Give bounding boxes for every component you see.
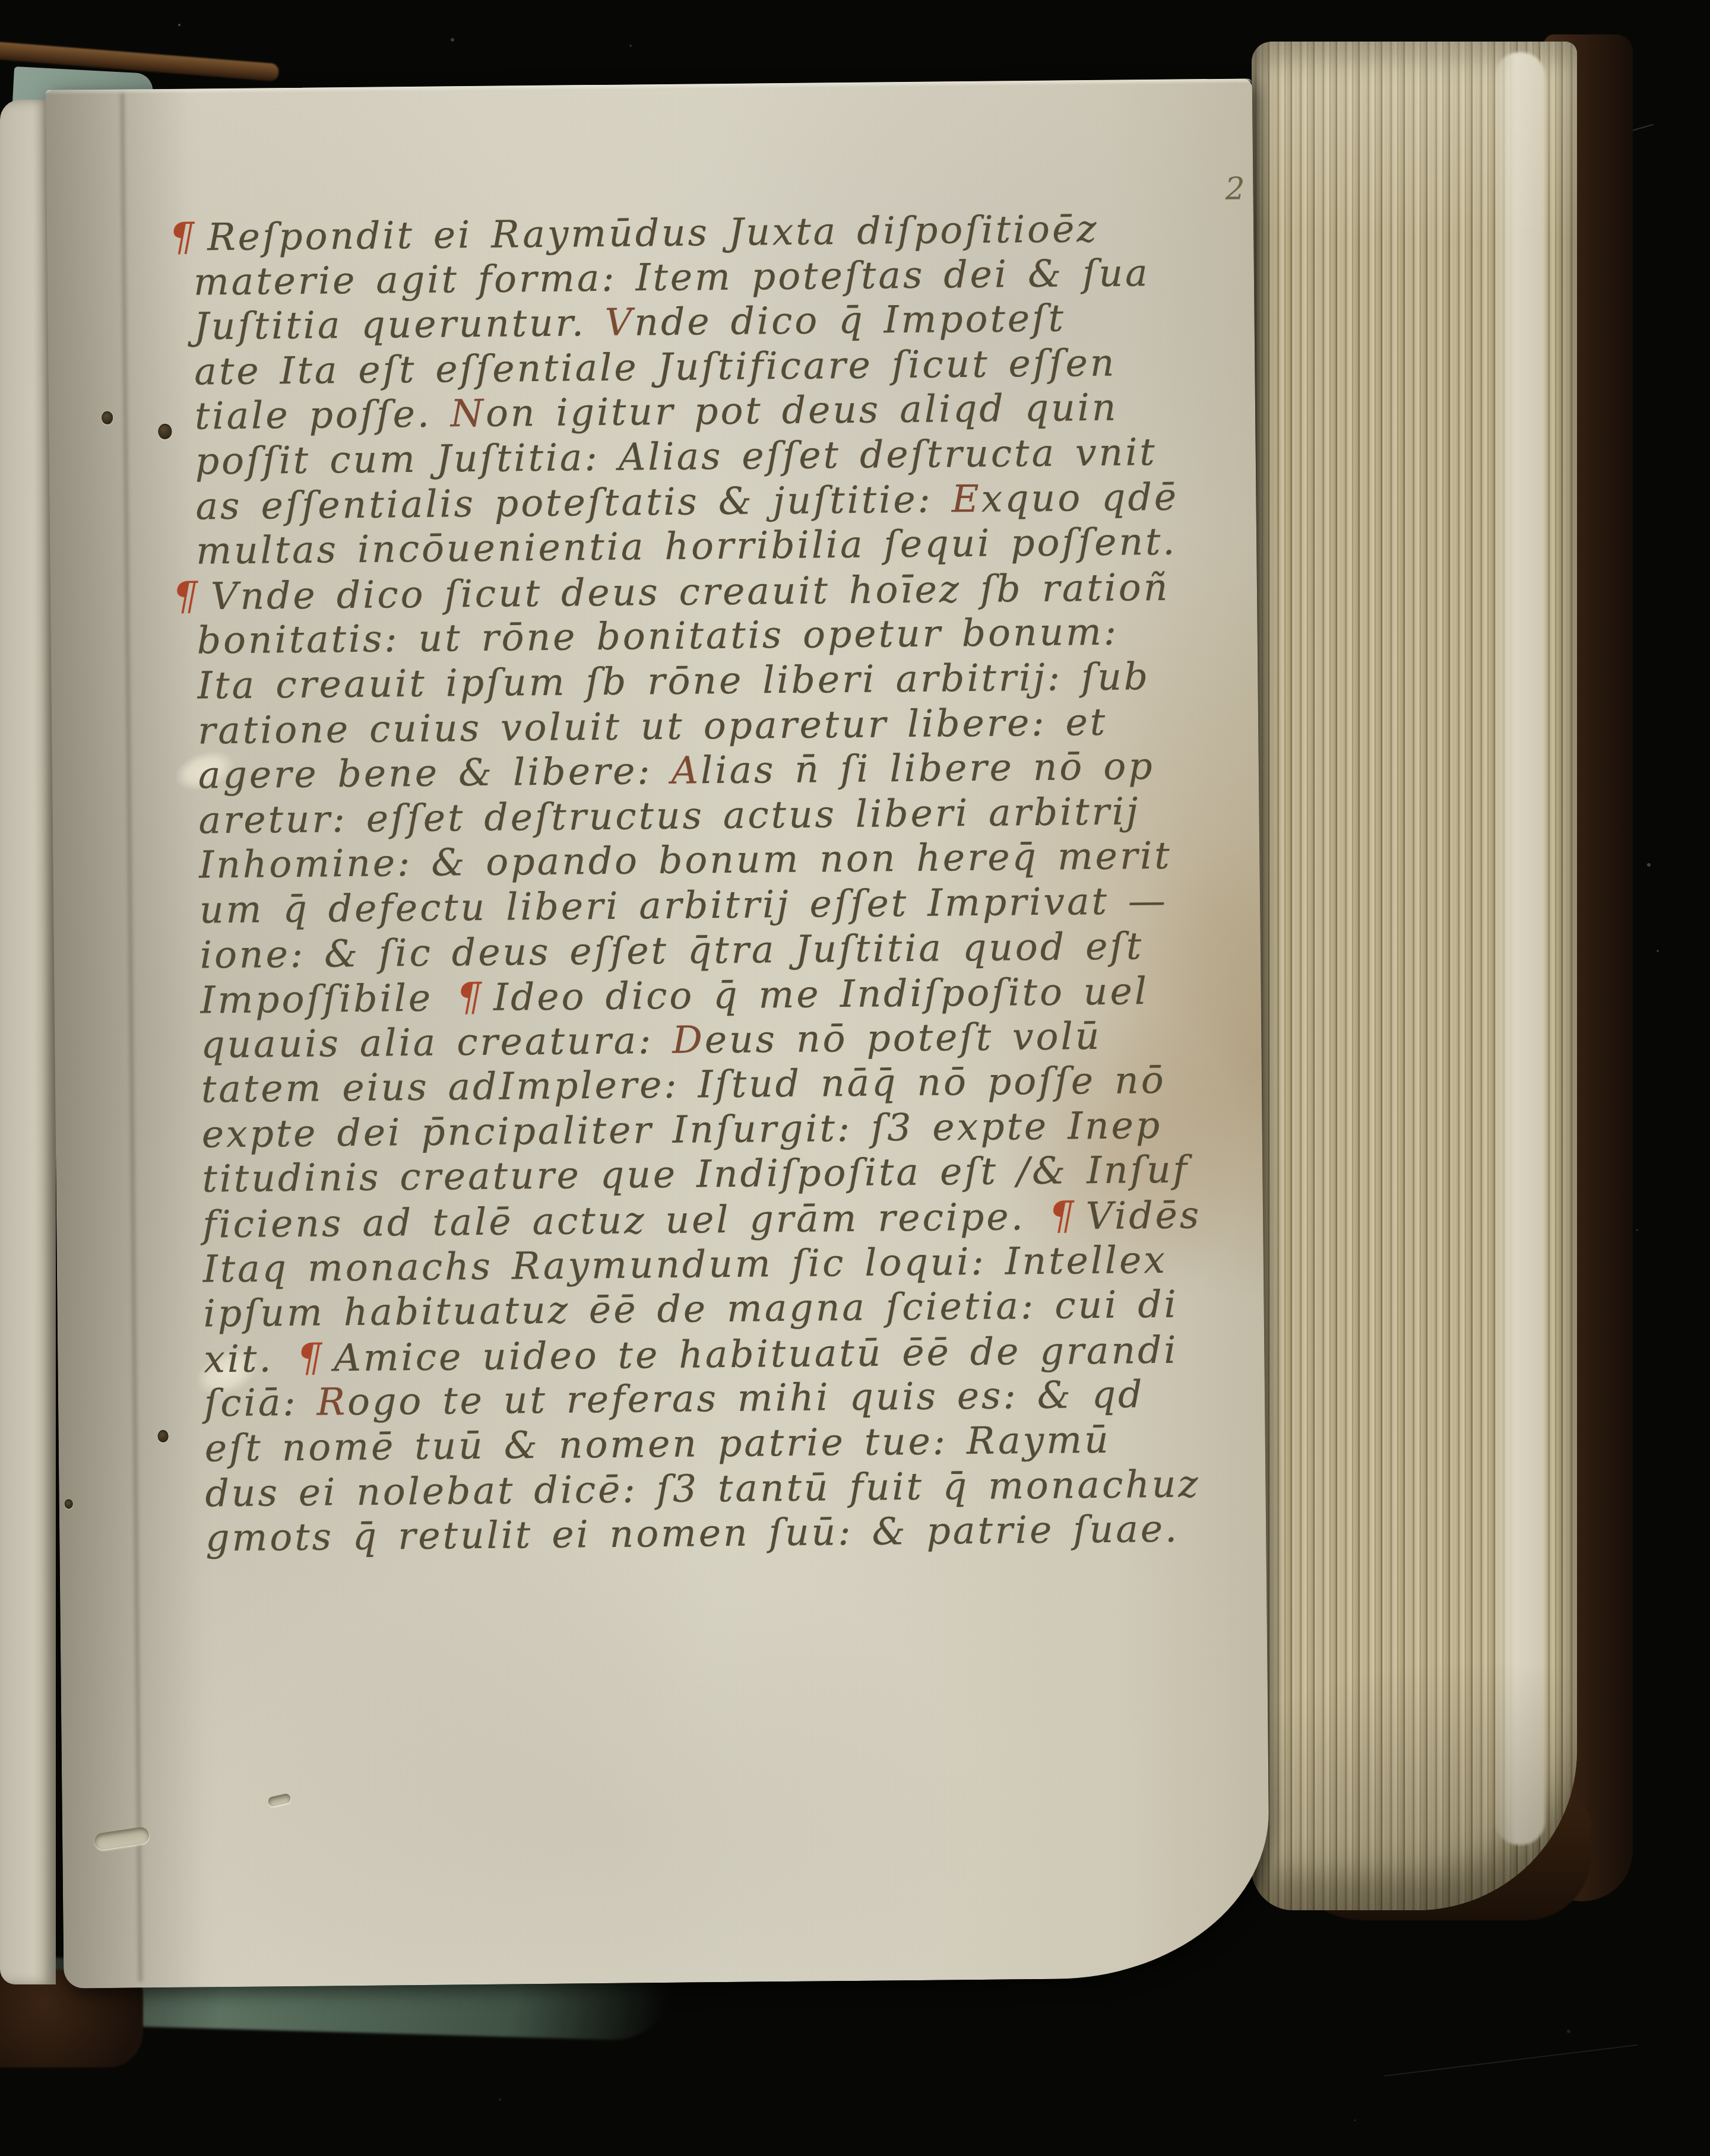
text-segment: um q̄ defectu liberi arbitrij eſſet Impr… [199, 879, 1168, 932]
text-segment: Vidēs [1085, 1193, 1201, 1238]
manuscript-line: gmots q̄ retulit ei nomen ſuū: & patrie … [205, 1506, 1251, 1561]
rubric-pilcrow: ¶ [457, 974, 484, 1020]
text-segment: xit. [204, 1337, 293, 1381]
text-segment: titudinis creature que Indiſpoſita eſt /… [202, 1148, 1189, 1201]
worm-hole [102, 411, 113, 424]
text-segment: expte dei p̄ncipaliter Inſurgit: ſ3 expt… [201, 1104, 1162, 1156]
text-segment: D [672, 1018, 705, 1062]
text-segment: poſſit cum Juſtitia: Alias eſſet deſtruc… [195, 430, 1157, 483]
text-segment: lias n̄ ſi libere nō op [701, 744, 1155, 792]
text-segment: V [605, 301, 635, 344]
text-segment: Amice uideo te habituatū ēē de grandi [334, 1329, 1179, 1380]
text-segment: aretur: eſſet deſtructus actus liberi ar… [198, 790, 1140, 842]
text-segment: E [951, 477, 981, 520]
text-segment: eus nō poteſt volū [704, 1014, 1101, 1061]
fore-edge-page-stack [1252, 42, 1577, 1910]
text-segment: ipſum habituatuz ēē de magna ſcietia: cu… [203, 1283, 1179, 1336]
text-segment: xquo qdē [981, 475, 1179, 520]
text-segment: multas incōuenientia horribilia ſequi po… [196, 520, 1177, 573]
manuscript-photo: 2 ¶Reſpondit ei Raymūdus Juxta diſpoſiti… [0, 0, 1710, 2156]
text-segment: Ideo dico q̄ me Indiſpoſito uel [493, 969, 1149, 1019]
scratch-mark [1384, 2044, 1638, 2076]
text-segment: Juſtitia queruntur. [194, 301, 605, 348]
rubric-pilcrow: ¶ [169, 214, 197, 259]
fore-edge-shading [1252, 42, 1577, 1910]
text-segment: eſt nomē tuū & nomen patrie tue: Raymū [204, 1418, 1110, 1470]
text-segment: tatem eius adImplere: Iſtud nāq̄ nō poſſ… [201, 1058, 1166, 1111]
text-segment: A [671, 749, 701, 792]
manuscript-page: 2 ¶Reſpondit ei Raymūdus Juxta diſpoſiti… [46, 78, 1271, 1988]
text-segment: ſciā: [204, 1381, 317, 1425]
text-segment: gmots q̄ retulit ei nomen ſuū: & patrie … [205, 1507, 1180, 1560]
text-segment: on igitur pot deus aliqd quin [486, 386, 1119, 435]
folio-number: 2 [1225, 171, 1246, 207]
text-segment: nde dico q̄ Impoteſt [634, 297, 1066, 344]
page-top-edge-highlight [46, 78, 1252, 95]
text-segment: ate Ita eſt eſſentiale Juſtificare ſicut… [194, 341, 1117, 393]
text-segment: R [316, 1381, 347, 1424]
text-segment: Ita creauit ipſum ſb rōne liberi arbitri… [197, 655, 1150, 707]
previous-leaf-stub [0, 100, 56, 1984]
text-block: ¶Reſpondit ei Raymūdus Juxta diſpoſitioē… [193, 205, 1251, 1561]
rubric-pilcrow: ¶ [173, 573, 201, 619]
text-segment: dus ei nolebat dicē: ſ3 tantū fuit q̄ mo… [205, 1462, 1201, 1515]
text-segment: N [450, 392, 486, 436]
text-segment: Impoſſibile [200, 976, 452, 1022]
dust-specks [178, 24, 180, 26]
text-segment: ione: & ſic deus eſſet q̄tra Juſtitia qu… [199, 924, 1144, 976]
text-segment: agere bene & libere: [198, 749, 672, 797]
worm-slot [267, 1793, 292, 1807]
worm-hole [158, 424, 172, 439]
text-segment: Reſpondit ei Raymūdus Juxta diſpoſitioēz [207, 207, 1099, 259]
text-segment: tiale poſſe. [195, 392, 451, 438]
text-segment: ficiens ad talē actuz uel grām recipe. [202, 1195, 1044, 1247]
text-segment: quauis alia creatura: [201, 1019, 673, 1067]
text-segment: as eſſentialis poteſtatis & juſtitie: [195, 477, 952, 528]
text-segment: Itaq monachs Raymundum ſic loqui: Intell… [203, 1238, 1168, 1291]
text-segment: bonitatis: ut rōne bonitatis opetur bonu… [197, 610, 1119, 662]
rubric-pilcrow: ¶ [1049, 1193, 1076, 1238]
worm-hole [157, 1430, 168, 1442]
text-segment: ogo te ut referas mihi quis es: & qd [347, 1373, 1145, 1424]
text-segment: Inhomine: & opando bonum non hereq̄ meri… [199, 834, 1172, 887]
text-segment: materie agit forma: Item poteſtas dei & … [194, 251, 1150, 303]
rubric-pilcrow: ¶ [297, 1334, 325, 1380]
text-segment: ratione cuius voluit ut oparetur libere:… [198, 700, 1108, 752]
worm-hole [65, 1499, 73, 1509]
